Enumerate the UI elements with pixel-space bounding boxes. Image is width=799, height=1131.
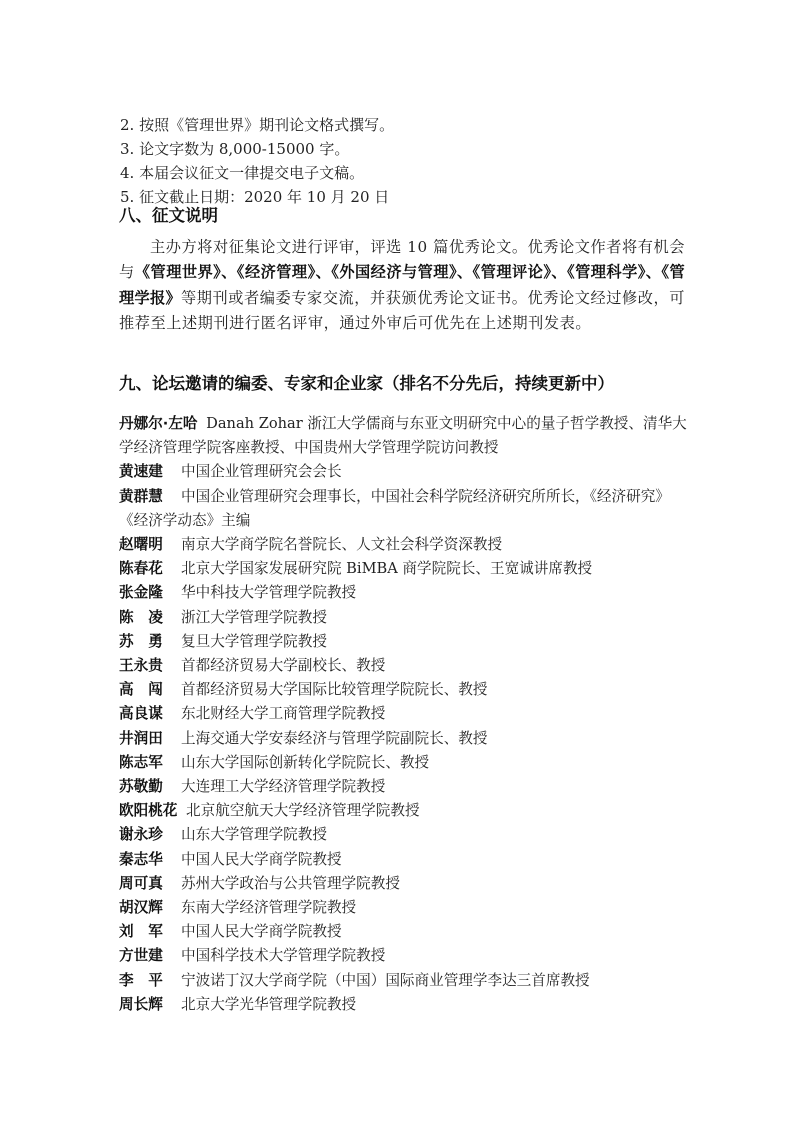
expert-name: 黄速建 (119, 460, 177, 484)
expert-description: 中国企业管理研究会会长 (181, 463, 342, 480)
expert-description: 首都经济贸易大学副校长、教授 (181, 657, 385, 674)
expert-entry: 方世建中国科学技术大学管理学院教授 (119, 944, 689, 968)
expert-description: 中国企业管理研究会理事长，中国社会科学院经济研究所所长，《经济研究》《经济学动态… (119, 488, 670, 529)
expert-name: 陈志军 (119, 751, 177, 775)
expert-description: 中国人民大学商学院教授 (181, 851, 342, 868)
expert-name: 方世建 (119, 944, 177, 968)
expert-entry: 苏 勇复旦大学管理学院教授 (119, 630, 689, 654)
expert-description: 大连理工大学经济管理学院教授 (181, 778, 385, 795)
expert-entry: 王永贵首都经济贸易大学副校长、教授 (119, 654, 689, 678)
expert-entry: 陈 凌浙江大学管理学院教授 (119, 606, 689, 630)
expert-name: 谢永珍 (119, 823, 177, 847)
expert-name: 陈春花 (119, 557, 177, 581)
section-9-heading: 九、论坛邀请的编委、专家和企业家（排名不分先后，持续更新中） (119, 373, 614, 395)
section-8-heading: 八、征文说明 (119, 205, 218, 227)
expert-description: 浙江大学管理学院教授 (181, 609, 327, 626)
expert-description: 南京大学商学院名誉院长、人文社会科学资深教授 (181, 536, 502, 553)
expert-name: 黄群慧 (119, 485, 177, 509)
expert-name: 欧阳桃花 (119, 799, 177, 823)
expert-name: 苏 勇 (119, 630, 177, 654)
expert-entry: 苏敬勤大连理工大学经济管理学院教授 (119, 775, 689, 799)
expert-name: 胡汉辉 (119, 896, 177, 920)
expert-entry: 井润田上海交通大学安泰经济与管理学院副院长、教授 (119, 727, 689, 751)
expert-name: 李 平 (119, 969, 177, 993)
expert-description: 华中科技大学管理学院教授 (181, 584, 356, 601)
expert-entry: 黄群慧中国企业管理研究会理事长，中国社会科学院经济研究所所长，《经济研究》《经济… (119, 485, 689, 533)
expert-entry: 胡汉辉东南大学经济管理学院教授 (119, 896, 689, 920)
expert-entry: 陈春花北京大学国家发展研究院 BiMBA 商学院院长、王宽诚讲席教授 (119, 557, 689, 581)
expert-description: 山东大学管理学院教授 (181, 826, 327, 843)
requirement-item-4: 4. 本届会议征文一律提交电子文稿。 (120, 163, 364, 183)
expert-description: 首都经济贸易大学国际比较管理学院院长、教授 (181, 681, 487, 698)
expert-name: 周长辉 (119, 993, 177, 1017)
requirement-item-2: 2. 按照《管理世界》期刊论文格式撰写。 (120, 115, 394, 135)
expert-description: 北京航空航天大学经济管理学院教授 (186, 802, 420, 819)
expert-entry: 高良谋东北财经大学工商管理学院教授 (119, 702, 689, 726)
expert-name: 秦志华 (119, 848, 177, 872)
expert-entry: 张金隆华中科技大学管理学院教授 (119, 581, 689, 605)
expert-entry: 欧阳桃花 北京航空航天大学经济管理学院教授 (119, 799, 689, 823)
expert-entry: 周长辉北京大学光华管理学院教授 (119, 993, 689, 1017)
expert-name: 苏敬勤 (119, 775, 177, 799)
expert-description: 宁波诺丁汉大学商学院（中国）国际商业管理学李达三首席教授 (181, 972, 590, 989)
expert-entry: 秦志华中国人民大学商学院教授 (119, 848, 689, 872)
expert-description: Danah Zohar 浙江大学儒商与东亚文明研究中心的量子哲学教授、清华大学经… (119, 415, 687, 456)
expert-entry: 李 平宁波诺丁汉大学商学院（中国）国际商业管理学李达三首席教授 (119, 969, 689, 993)
expert-description: 山东大学国际创新转化学院院长、教授 (181, 754, 429, 771)
expert-name: 井润田 (119, 727, 177, 751)
expert-description: 中国科学技术大学管理学院教授 (181, 947, 385, 964)
expert-name: 刘 军 (119, 920, 177, 944)
expert-entry: 陈志军山东大学国际创新转化学院院长、教授 (119, 751, 689, 775)
expert-entry: 黄速建中国企业管理研究会会长 (119, 460, 689, 484)
expert-description: 苏州大学政治与公共管理学院教授 (181, 875, 400, 892)
expert-list: 丹娜尔·左哈 Danah Zohar 浙江大学儒商与东亚文明研究中心的量子哲学教… (119, 412, 689, 1017)
expert-description: 复旦大学管理学院教授 (181, 633, 327, 650)
expert-description: 上海交通大学安泰经济与管理学院副院长、教授 (181, 730, 487, 747)
expert-entry: 刘 军中国人民大学商学院教授 (119, 920, 689, 944)
expert-entry: 周可真苏州大学政治与公共管理学院教授 (119, 872, 689, 896)
expert-name: 周可真 (119, 872, 177, 896)
expert-entry: 高 闯首都经济贸易大学国际比较管理学院院长、教授 (119, 678, 689, 702)
requirement-item-5: 5. 征文截止日期：2020 年 10 月 20 日 (120, 187, 389, 207)
expert-description: 东南大学经济管理学院教授 (181, 899, 356, 916)
expert-entry: 谢永珍山东大学管理学院教授 (119, 823, 689, 847)
expert-description: 北京大学国家发展研究院 BiMBA 商学院院长、王宽诚讲席教授 (181, 560, 592, 577)
expert-name: 张金隆 (119, 581, 177, 605)
expert-description: 东北财经大学工商管理学院教授 (181, 705, 385, 722)
expert-description: 北京大学光华管理学院教授 (181, 996, 356, 1013)
expert-entry: 赵曙明南京大学商学院名誉院长、人文社会科学资深教授 (119, 533, 689, 557)
expert-name: 高 闯 (119, 678, 177, 702)
expert-name: 丹娜尔·左哈 (119, 412, 198, 436)
expert-description: 中国人民大学商学院教授 (181, 923, 342, 940)
expert-entry: 丹娜尔·左哈 Danah Zohar 浙江大学儒商与东亚文明研究中心的量子哲学教… (119, 412, 689, 460)
section-8-paragraph: 主办方将对征集论文进行评审，评选 10 篇优秀论文。优秀论文作者将有机会与《管理… (119, 235, 685, 336)
expert-name: 王永贵 (119, 654, 177, 678)
expert-name: 高良谋 (119, 702, 177, 726)
expert-name: 陈 凌 (119, 606, 177, 630)
expert-name: 赵曙明 (119, 533, 177, 557)
paragraph-text-2: 等期刊或者编委专家交流，并获颁优秀论文证书。优秀论文经过修改，可推荐至上述期刊进… (119, 289, 685, 332)
document-page: 2. 按照《管理世界》期刊论文格式撰写。 3. 论文字数为 8,000-1500… (0, 0, 799, 1131)
requirement-item-3: 3. 论文字数为 8,000-15000 字。 (120, 139, 349, 159)
